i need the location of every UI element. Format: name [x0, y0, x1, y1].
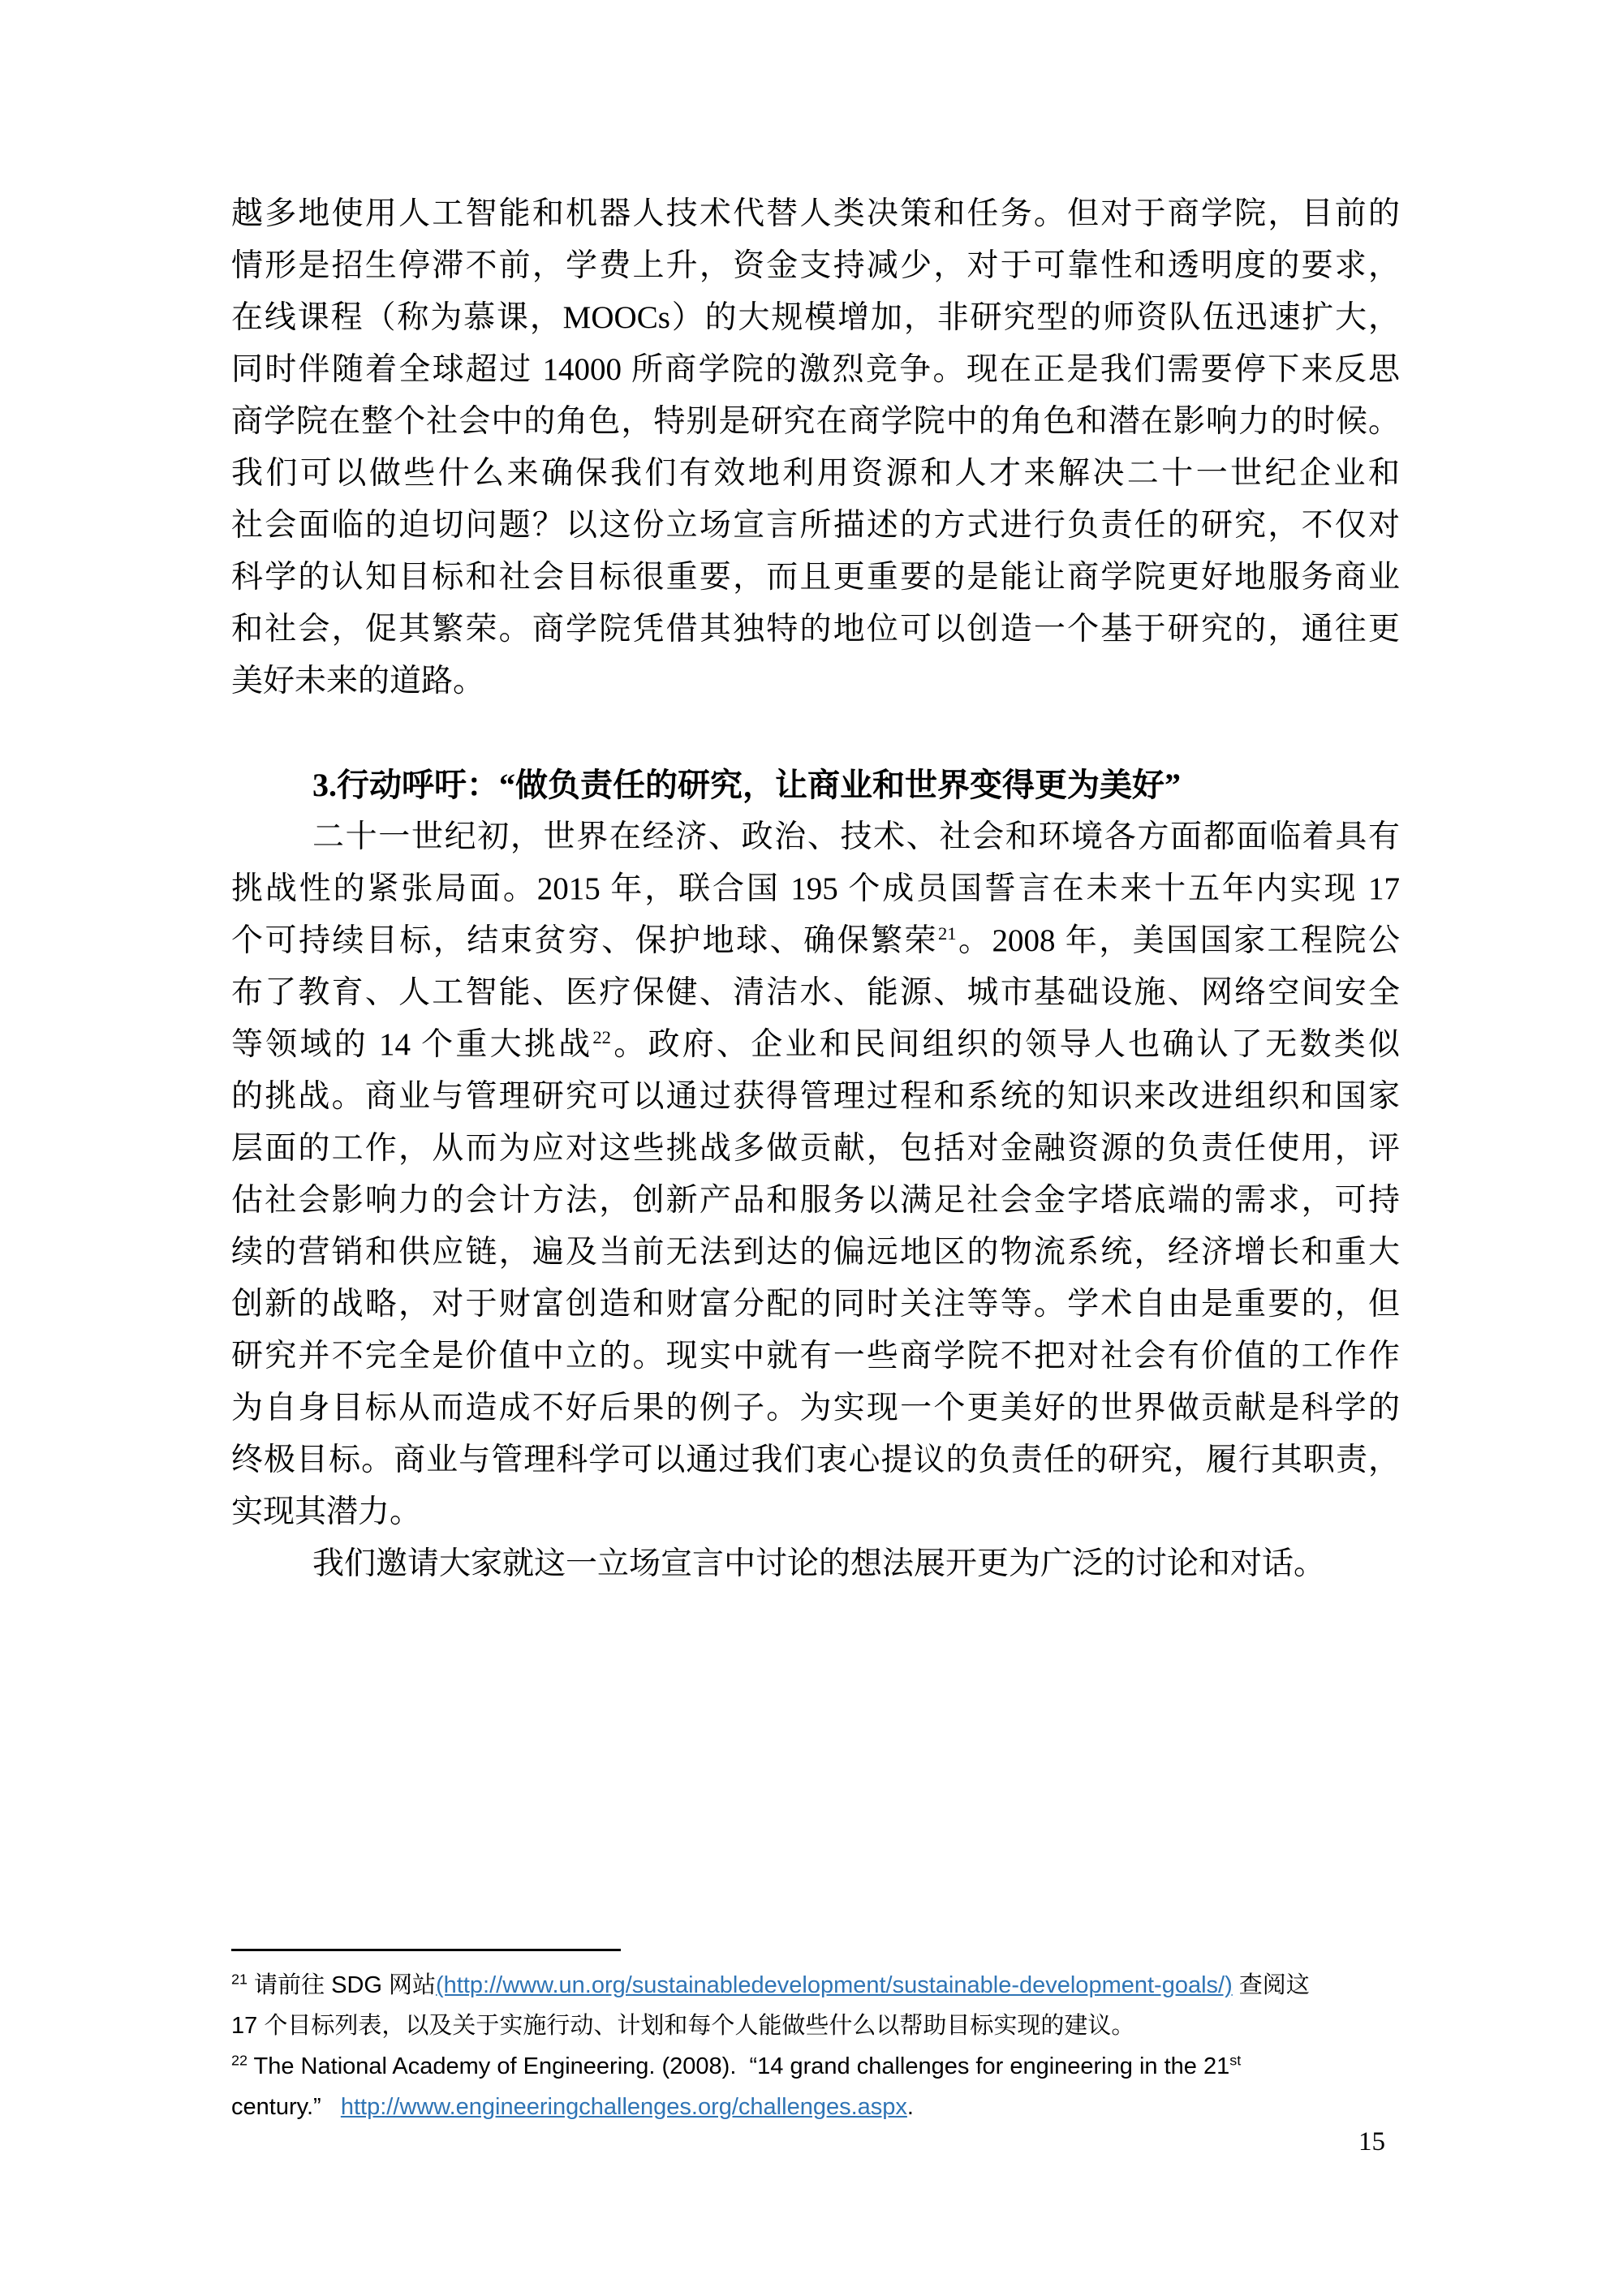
- text-run: 我们邀请大家就这一立场宣言中讨论的想法展开更为广泛的讨论和对话。: [312, 1546, 1325, 1581]
- text-run: 越多地使用人工智能和机器人技术代替人类决策和任务。但对于商学院，目前的: [231, 196, 1400, 231]
- footnote-line: 21 请前往 SDG 网站(http://www.un.org/sustaina…: [231, 1965, 1400, 2006]
- section-heading: 3.行动呼吁：“做负责任的研究，让商业和世界变得更为美好”: [231, 759, 1400, 811]
- footnote-line: 17 个目标列表，以及关于实施行动、计划和每个人能做些什么以帮助目标实现的建议。: [231, 2006, 1400, 2046]
- text-line: 布了教育、人工智能、医疗保健、清洁水、能源、城市基础设施、网络空间安全: [231, 967, 1400, 1019]
- footnote-line: 22 The National Academy of Engineering. …: [231, 2046, 1400, 2087]
- text-line: 估社会影响力的会计方法，创新产品和服务以满足社会金字塔底端的需求，可持: [231, 1175, 1400, 1227]
- text-run: 研究并不完全是价值中立的。现实中就有一些商学院不把对社会有价值的工作作: [231, 1339, 1400, 1374]
- text-run: 请前往 SDG 网站: [248, 1972, 436, 1998]
- superscript-ref: st: [1229, 2052, 1241, 2068]
- document-page: 越多地使用人工智能和机器人技术代替人类决策和任务。但对于商学院，目前的情形是招生…: [0, 0, 1623, 2296]
- text-line: 的挑战。商业与管理研究可以通过获得管理过程和系统的知识来改进组织和国家: [231, 1071, 1400, 1123]
- text-line: 在线课程（称为慕课，MOOCs）的大规模增加，非研究型的师资队伍迅速扩大，: [231, 292, 1400, 344]
- text-run: 续的营销和供应链，遍及当前无法到达的偏远地区的物流系统，经济增长和重大: [231, 1235, 1400, 1270]
- superscript-ref: 21: [938, 923, 957, 944]
- text-line: 越多地使用人工智能和机器人技术代替人类决策和任务。但对于商学院，目前的: [231, 188, 1400, 240]
- superscript-ref: 21: [231, 1971, 248, 1987]
- text-line: 实现其潜力。: [231, 1486, 1400, 1538]
- text-run: 查阅这: [1233, 1972, 1310, 1998]
- text-line: 情形是招生停滞不前，学费上升，资金支持减少，对于可靠性和透明度的要求，: [231, 240, 1400, 292]
- text-run: 个可持续目标，结束贫穷、保护地球、确保繁荣: [231, 923, 938, 958]
- text-line: 个可持续目标，结束贫穷、保护地球、确保繁荣21。2008 年，美国国家工程院公: [231, 915, 1400, 967]
- page-number: 15: [231, 2127, 1385, 2157]
- footnote-separator: [231, 1949, 621, 1951]
- text-run: 3.行动呼吁：“做负责任的研究，让商业和世界变得更为美好”: [312, 767, 1181, 803]
- text-run: 在线课程（称为慕课，MOOCs）的大规模增加，非研究型的师资队伍迅速扩大，: [231, 300, 1400, 335]
- text-run: 层面的工作，从而为应对这些挑战多做贡献，包括对金融资源的负责任使用，评: [231, 1131, 1400, 1166]
- superscript-ref: 22: [231, 2052, 248, 2068]
- text-line: 终极目标。商业与管理科学可以通过我们衷心提议的负责任的研究，履行其职责，: [231, 1434, 1400, 1486]
- text-run: 创新的战略，对于财富创造和财富分配的同时关注等等。学术自由是重要的，但: [231, 1287, 1400, 1322]
- footnote-link-engineering[interactable]: http://www.engineeringchallenges.org/cha…: [341, 2094, 907, 2120]
- text-run: 科学的认知目标和社会目标很重要，而且更重要的是能让商学院更好地服务商业: [231, 560, 1400, 595]
- text-line: 我们可以做些什么来确保我们有效地利用资源和人才来解决二十一世纪企业和: [231, 448, 1400, 500]
- text-run: 挑战性的紧张局面。2015 年，联合国 195 个成员国誓言在未来十五年内实现 …: [231, 871, 1400, 906]
- text-run: .: [907, 2094, 914, 2120]
- text-run: century.”: [231, 2094, 341, 2120]
- blank-line: [231, 707, 1400, 759]
- text-run: 终极目标。商业与管理科学可以通过我们衷心提议的负责任的研究，履行其职责，: [231, 1443, 1400, 1477]
- text-run: 同时伴随着全球超过 14000 所商学院的激烈竞争。现在正是我们需要停下来反思: [231, 352, 1400, 387]
- text-run: 商学院在整个社会中的角色，特别是研究在商学院中的角色和潜在影响力的时候。: [231, 404, 1400, 439]
- footnote-link-sdg[interactable]: (http://www.un.org/sustainabledevelopmen…: [436, 1972, 1233, 1998]
- text-run: 布了教育、人工智能、医疗保健、清洁水、能源、城市基础设施、网络空间安全: [231, 975, 1400, 1010]
- text-line: 社会面临的迫切问题？以这份立场宣言所描述的方式进行负责任的研究，不仅对: [231, 500, 1400, 552]
- text-run: 情形是招生停滞不前，学费上升，资金支持减少，对于可靠性和透明度的要求，: [231, 248, 1400, 283]
- document-body: 越多地使用人工智能和机器人技术代替人类决策和任务。但对于商学院，目前的情形是招生…: [231, 188, 1400, 1590]
- text-run: 我们可以做些什么来确保我们有效地利用资源和人才来解决二十一世纪企业和: [231, 456, 1400, 491]
- text-line: 研究并不完全是价值中立的。现实中就有一些商学院不把对社会有价值的工作作: [231, 1331, 1400, 1382]
- text-line: 二十一世纪初，世界在经济、政治、技术、社会和环境各方面都面临着具有: [231, 811, 1400, 863]
- text-run: 二十一世纪初，世界在经济、政治、技术、社会和环境各方面都面临着具有: [312, 819, 1400, 854]
- text-line: 美好未来的道路。: [231, 656, 1400, 707]
- text-line: 我们邀请大家就这一立场宣言中讨论的想法展开更为广泛的讨论和对话。: [231, 1538, 1400, 1590]
- text-line: 层面的工作，从而为应对这些挑战多做贡献，包括对金融资源的负责任使用，评: [231, 1123, 1400, 1175]
- text-line: 续的营销和供应链，遍及当前无法到达的偏远地区的物流系统，经济增长和重大: [231, 1227, 1400, 1279]
- text-run: 实现其潜力。: [231, 1494, 421, 1529]
- text-run: 。2008 年，美国国家工程院公: [957, 923, 1400, 958]
- text-line: 等领域的 14 个重大挑战22。政府、企业和民间组织的领导人也确认了无数类似: [231, 1019, 1400, 1071]
- text-run: 。政府、企业和民间组织的领导人也确认了无数类似: [611, 1027, 1400, 1062]
- footnote-line: century.” http://www.engineeringchalleng…: [231, 2087, 1400, 2127]
- text-line: 挑战性的紧张局面。2015 年，联合国 195 个成员国誓言在未来十五年内实现 …: [231, 863, 1400, 915]
- text-run: 社会面临的迫切问题？以这份立场宣言所描述的方式进行负责任的研究，不仅对: [231, 508, 1400, 543]
- text-run: 等领域的 14 个重大挑战: [231, 1027, 592, 1062]
- text-run: 的挑战。商业与管理研究可以通过获得管理过程和系统的知识来改进组织和国家: [231, 1079, 1400, 1114]
- footnotes: 21 请前往 SDG 网站(http://www.un.org/sustaina…: [231, 1965, 1400, 2127]
- text-line: 为自身目标从而造成不好后果的例子。为实现一个更美好的世界做贡献是科学的: [231, 1382, 1400, 1434]
- text-run: 美好未来的道路。: [231, 664, 484, 699]
- text-run: The National Academy of Engineering. (20…: [248, 2053, 1229, 2079]
- text-line: 科学的认知目标和社会目标很重要，而且更重要的是能让商学院更好地服务商业: [231, 552, 1400, 604]
- text-run: 17 个目标列表，以及关于实施行动、计划和每个人能做些什么以帮助目标实现的建议。: [231, 2013, 1134, 2039]
- superscript-ref: 22: [592, 1027, 611, 1047]
- text-run: 估社会影响力的会计方法，创新产品和服务以满足社会金字塔底端的需求，可持: [231, 1183, 1400, 1218]
- text-line: 同时伴随着全球超过 14000 所商学院的激烈竞争。现在正是我们需要停下来反思: [231, 344, 1400, 396]
- text-line: 商学院在整个社会中的角色，特别是研究在商学院中的角色和潜在影响力的时候。: [231, 396, 1400, 448]
- text-run: 为自身目标从而造成不好后果的例子。为实现一个更美好的世界做贡献是科学的: [231, 1391, 1400, 1425]
- text-line: 创新的战略，对于财富创造和财富分配的同时关注等等。学术自由是重要的，但: [231, 1279, 1400, 1331]
- text-run: 和社会，促其繁荣。商学院凭借其独特的地位可以创造一个基于研究的，通往更: [231, 612, 1400, 647]
- text-line: 和社会，促其繁荣。商学院凭借其独特的地位可以创造一个基于研究的，通往更: [231, 604, 1400, 656]
